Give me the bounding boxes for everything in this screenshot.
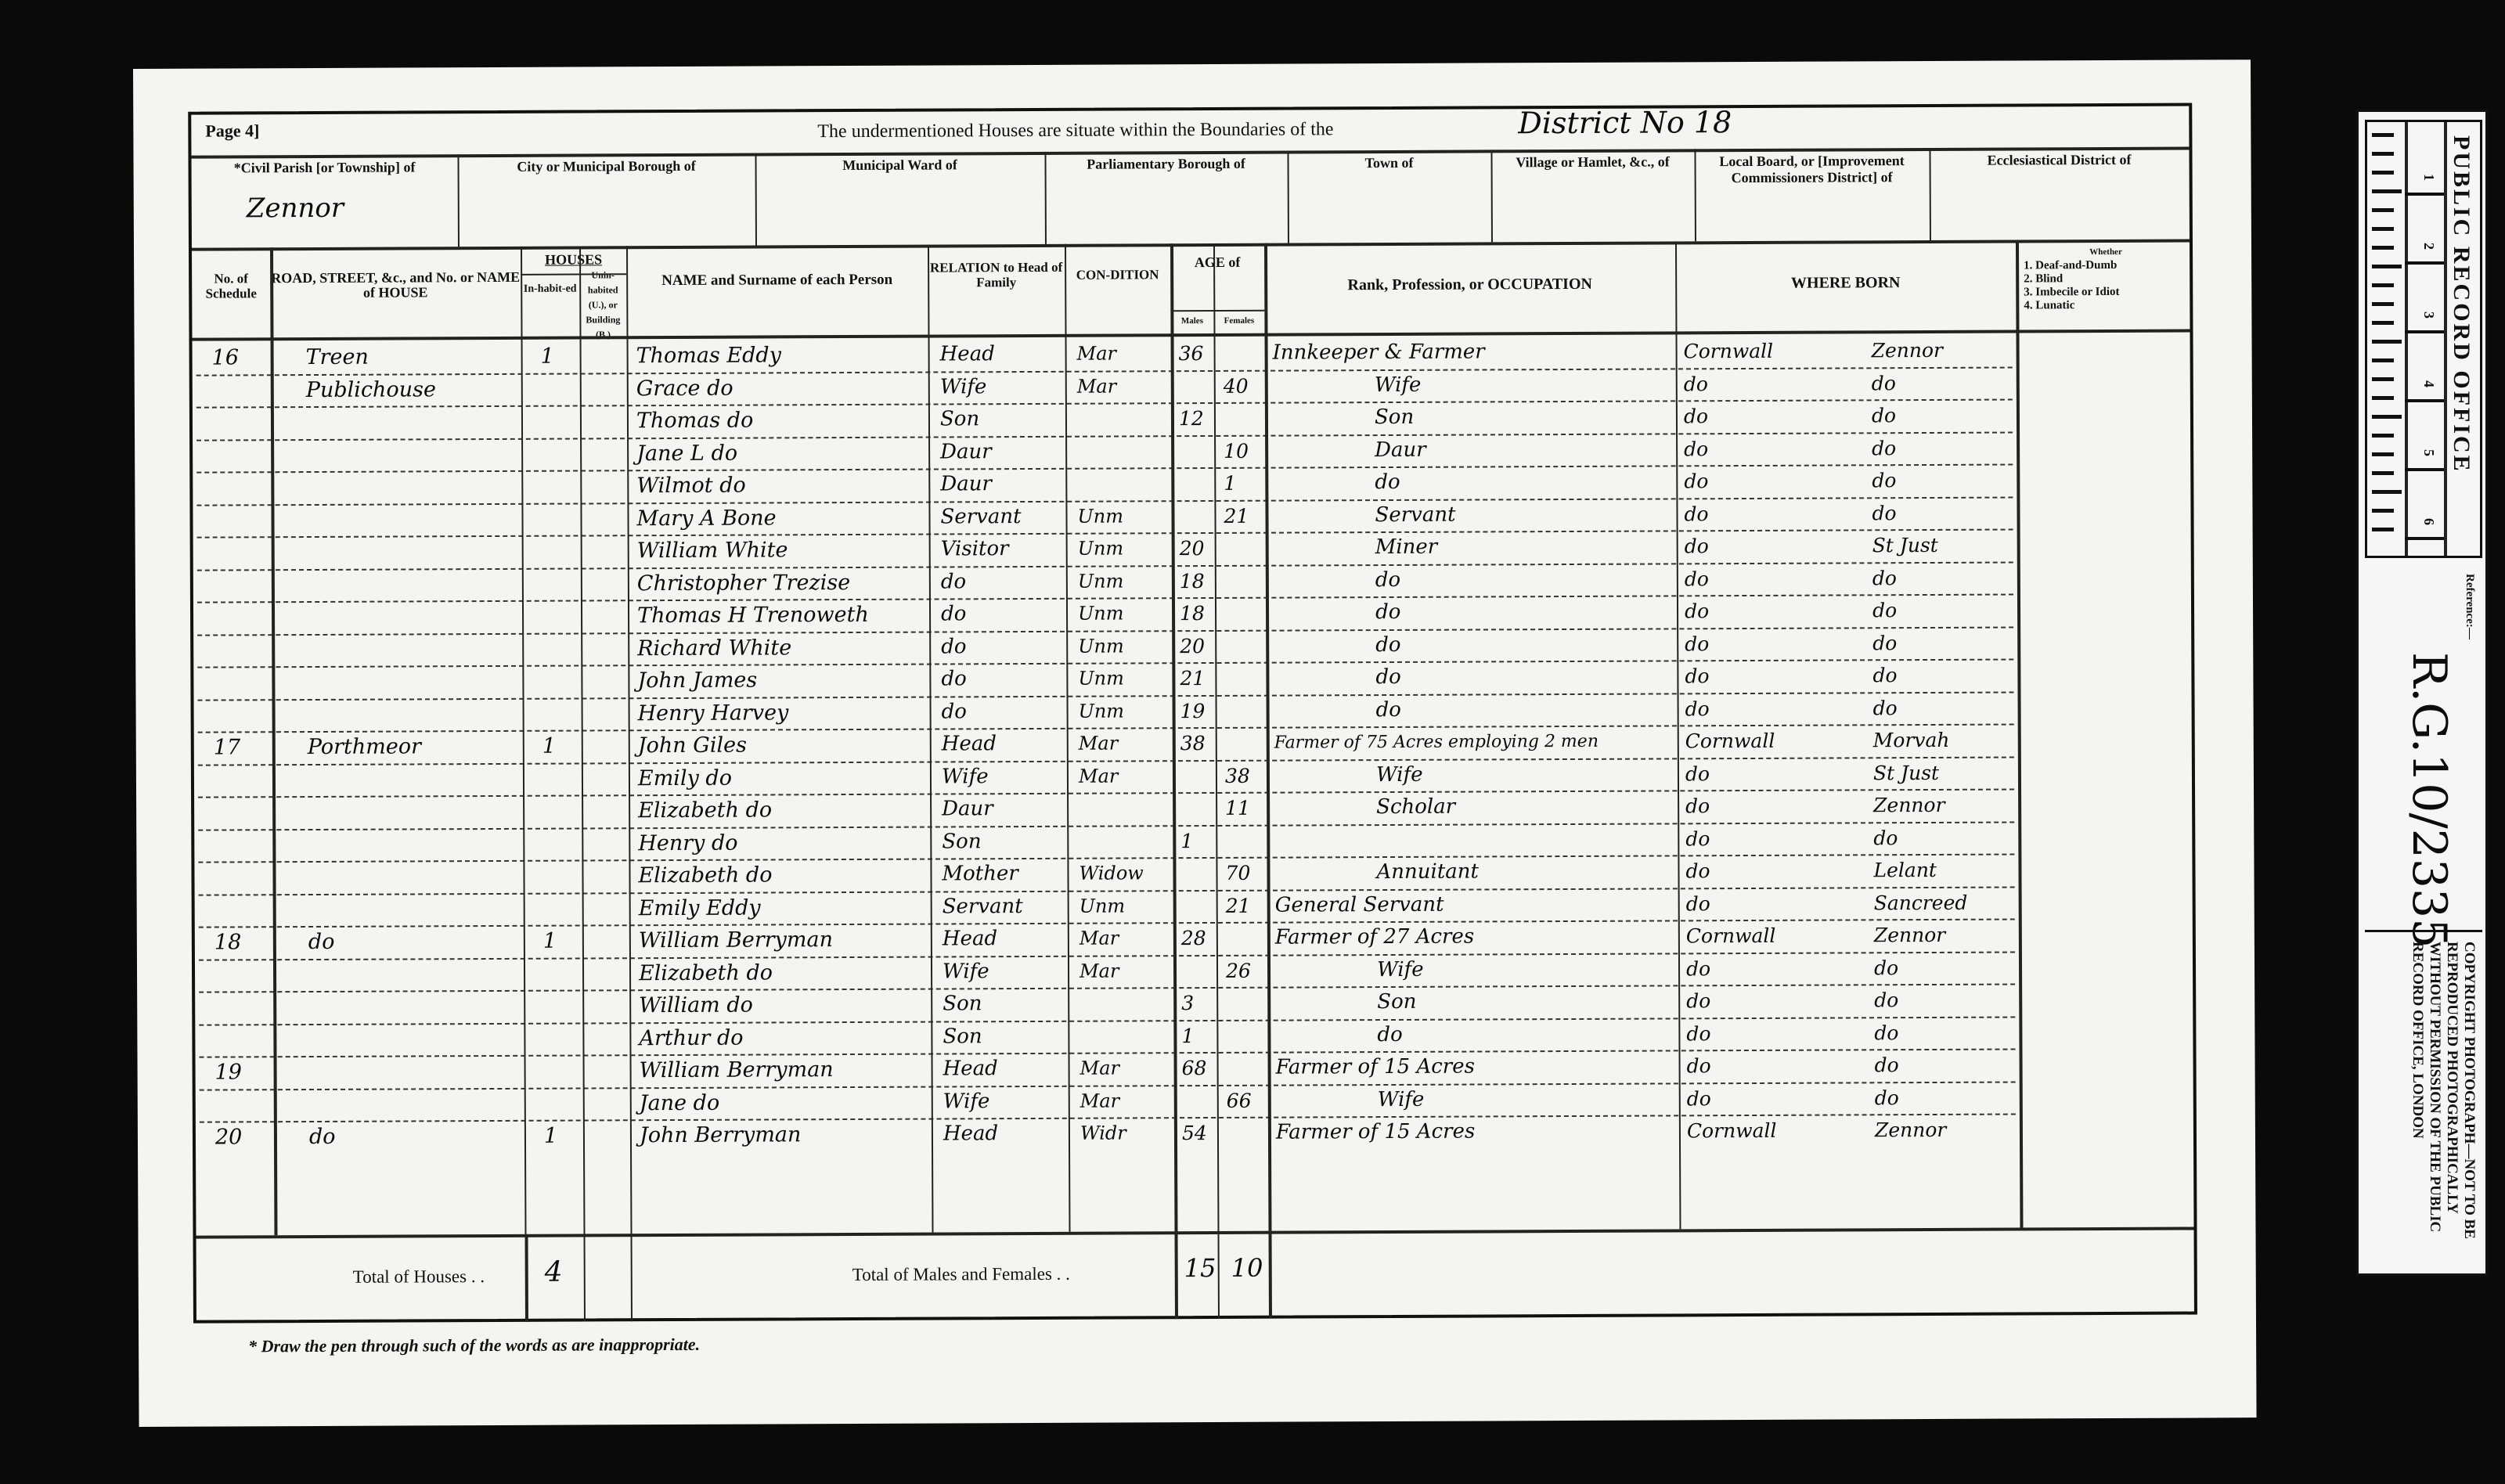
cell-females: 21: [1224, 499, 1249, 531]
cell-occ: do: [1375, 596, 1400, 629]
cell-born: Cornwall: [1687, 1115, 1777, 1147]
cell-occ: do: [1375, 466, 1400, 499]
cell-rel: Daur: [942, 793, 993, 825]
cell-females: 66: [1227, 1084, 1252, 1116]
cell-born-parish: do: [1872, 562, 1897, 594]
cell-name: Mary A Bone: [636, 502, 776, 535]
cell-occ: Farmer of 15 Acres: [1276, 1116, 1476, 1149]
cell-born: do: [1685, 660, 1709, 692]
cell-females: 38: [1225, 759, 1250, 791]
cell-rel: Son: [940, 403, 979, 435]
totals-divider: [525, 1234, 528, 1322]
cell-cond: Mar: [1079, 760, 1119, 792]
cell-born: do: [1685, 855, 1710, 887]
cell-cond: Mar: [1079, 728, 1119, 760]
cell-rel: Daur: [940, 468, 992, 500]
cell-cond: Unm: [1079, 890, 1126, 922]
cell-occ: Wife: [1375, 369, 1422, 401]
column-header-schedule: No. of Schedule: [192, 271, 270, 301]
reference-number: R.G.10/2335: [2402, 652, 2456, 948]
cell-born-parish: do: [1874, 1017, 1898, 1049]
cell-occ: Wife: [1377, 953, 1424, 985]
cell-rel: Wife: [942, 761, 989, 793]
cell-inh: 1: [543, 925, 557, 957]
location-field-label: Ecclesiastical District of: [1929, 152, 2189, 169]
ruler-box-line: [2405, 330, 2444, 333]
cell-born-parish: St Just: [1872, 529, 1938, 561]
cell-rel: Son: [943, 988, 982, 1020]
cell-occ: Miner: [1375, 531, 1438, 564]
cell-cond: Unm: [1078, 565, 1124, 597]
ruler-tick: [2372, 283, 2394, 287]
cell-rel: Servant: [940, 501, 1021, 533]
totals-divider: [1174, 1231, 1177, 1319]
ruler-tick: [2372, 471, 2394, 475]
ruler-number: 1: [2420, 174, 2437, 181]
totals-divider: [1217, 1231, 1219, 1319]
cell-females: 70: [1225, 857, 1250, 889]
totals-divider: [1268, 1231, 1271, 1319]
column-header-uninh: Unin-habited (U.), or Building (B.): [579, 268, 626, 342]
cell-born: do: [1684, 498, 1708, 530]
cell-schedule: 16: [212, 341, 240, 373]
cell-cond: Unm: [1078, 630, 1124, 662]
cell-males: 28: [1181, 922, 1206, 954]
cell-males: 68: [1181, 1052, 1206, 1084]
ruler-tick: [2372, 246, 2394, 250]
cell-cond: Unm: [1078, 532, 1124, 564]
cell-rel: do: [942, 696, 967, 728]
ruler-tick: [2372, 358, 2394, 362]
footnote: * Draw the pen through such of the words…: [248, 1335, 700, 1357]
cell-name: Elizabeth do: [638, 859, 772, 891]
column-header-age: AGE of: [1170, 255, 1264, 271]
cell-females: 10: [1224, 434, 1249, 466]
cell-occ: General Servant: [1275, 888, 1444, 921]
ruler-tick: [2372, 452, 2394, 456]
cell-name: Emily Eddy: [639, 891, 761, 924]
cell-cond: Unm: [1077, 500, 1123, 532]
census-form: Page 4] The undermentioned Houses are si…: [188, 103, 2197, 1324]
cell-born-parish: do: [1872, 659, 1897, 691]
cell-name: Wilmot do: [636, 470, 746, 502]
total-males-value: 15: [1184, 1253, 1216, 1283]
cell-born-parish: do: [1875, 1082, 1899, 1114]
cell-occ: do: [1375, 661, 1400, 693]
ruler-number: 6: [2420, 518, 2437, 525]
cell-name: Christopher Trezise: [637, 567, 850, 600]
cell-rel: do: [941, 631, 966, 663]
ruler-tick: [2372, 415, 2402, 419]
cell-born-parish: Zennor: [1873, 789, 1945, 821]
cell-road: Publichouse: [306, 373, 436, 406]
cell-born-parish: do: [1872, 464, 1896, 496]
cell-name: Richard White: [637, 632, 791, 665]
ruler-number: 4: [2420, 380, 2437, 387]
cell-born: do: [1687, 1082, 1711, 1115]
cell-occ: do: [1377, 1018, 1402, 1050]
cell-road: Porthmeor: [308, 730, 421, 763]
column-header-females: Females: [1213, 314, 1264, 329]
cell-schedule: 19: [215, 1056, 243, 1088]
cell-schedule: 18: [214, 926, 242, 958]
location-field-label: Parliamentary Borough of: [1044, 156, 1287, 173]
cell-rel: Visitor: [941, 533, 1009, 565]
cell-name: Henry Harvey: [638, 697, 789, 729]
page-label: Page 4]: [205, 121, 259, 141]
cell-rel: Mother: [942, 858, 1018, 890]
cell-occ: Farmer of 15 Acres: [1275, 1051, 1475, 1084]
cell-males: 36: [1179, 337, 1204, 369]
cell-males: 12: [1179, 402, 1204, 434]
cell-name: Thomas H Trenoweth: [637, 599, 869, 632]
ruler-tick: [2372, 227, 2394, 231]
cell-cond: Widow: [1079, 857, 1143, 889]
cell-rel: Son: [942, 826, 981, 858]
cell-rel: do: [941, 566, 966, 598]
ruler-tick: [2372, 171, 2394, 175]
cell-born: do: [1685, 693, 1709, 725]
total-houses-value: 4: [545, 1256, 563, 1288]
cell-born-parish: do: [1874, 984, 1898, 1016]
cell-born: do: [1684, 433, 1708, 465]
cell-cond: Unm: [1078, 597, 1124, 629]
cell-occ: Scholar: [1376, 791, 1455, 823]
cell-males: 20: [1180, 630, 1205, 662]
cell-born-parish: Sancreed: [1874, 886, 1968, 919]
cell-males: 1: [1180, 825, 1193, 857]
column-header-houses: HOUSES: [521, 252, 626, 268]
cell-born-parish: do: [1874, 952, 1898, 984]
ruler-box-line: [2405, 193, 2444, 196]
cell-rel: Head: [940, 338, 995, 370]
cell-born-parish: do: [1873, 822, 1898, 854]
cell-occ: Son: [1375, 402, 1414, 434]
cell-born-parish: Zennor: [1874, 919, 1946, 951]
cell-born-parish: Morvah: [1873, 724, 1950, 756]
cell-name: William do: [639, 989, 753, 1022]
ruler-number: 2: [2420, 243, 2437, 250]
ruler-box-line: [2405, 261, 2444, 265]
cell-occ: Farmer of 75 Acres employing 2 men: [1274, 726, 1599, 759]
cell-occ: Annuitant: [1376, 856, 1479, 889]
cell-schedule: 17: [214, 731, 241, 763]
cell-name: John James: [637, 665, 757, 697]
archive-strip: 123456 PUBLIC RECORD OFFICE Reference:— …: [2356, 110, 2488, 1276]
ruler-number: 3: [2420, 312, 2437, 319]
cell-males: 54: [1182, 1117, 1207, 1149]
location-field-label: City or Municipal Borough of: [458, 158, 755, 176]
cell-born-parish: Zennor: [1875, 1114, 1947, 1146]
cell-name: Emily do: [638, 762, 732, 794]
cell-rel: Head: [943, 1118, 998, 1150]
cell-rel: Wife: [940, 371, 987, 403]
cell-name: Henry do: [638, 827, 737, 859]
cell-occ: Innkeeper & Farmer: [1273, 336, 1485, 369]
cell-born-parish: do: [1872, 594, 1897, 626]
cell-born: do: [1684, 400, 1708, 432]
cell-born-parish: Lelant: [1873, 854, 1937, 886]
totals-divider: [584, 1234, 586, 1321]
cell-males: 18: [1180, 597, 1205, 629]
cell-occ: Servant: [1375, 499, 1455, 531]
ruler-tick: [2372, 133, 2394, 137]
cell-born-parish: do: [1874, 1049, 1898, 1081]
cell-name: Elizabeth do: [639, 956, 773, 989]
cell-born-parish: St Just: [1873, 756, 1939, 788]
cell-females: 1: [1224, 467, 1236, 499]
cell-name: Thomas do: [636, 405, 754, 438]
census-rows: 16Treen1Thomas EddyHeadMar36Innkeeper & …: [191, 106, 2189, 115]
location-field-label: Village or Hamlet, &c., of: [1490, 153, 1694, 171]
cell-born-parish: do: [1872, 692, 1897, 724]
cell-males: 19: [1180, 695, 1206, 727]
cell-born-parish: do: [1872, 399, 1896, 431]
cell-road: do: [309, 1121, 336, 1153]
copyright-notice: COPYRIGHT PHOTOGRAPH—NOT TO BE REPRODUCE…: [2409, 942, 2478, 1270]
ruler-tick: [2372, 208, 2394, 212]
cell-born: do: [1686, 1050, 1710, 1082]
census-sheet: Page 4] The undermentioned Houses are si…: [133, 59, 2257, 1427]
column-header-cond: CON-DITION: [1065, 267, 1170, 283]
cell-males: 20: [1180, 532, 1205, 564]
total-persons-label: Total of Males and Females . .: [852, 1264, 1070, 1285]
column-headers: No. of ScheduleROAD, STREET, &c., and No…: [191, 106, 2189, 115]
location-field-value: Zennor: [247, 193, 344, 225]
cell-cond: Mar: [1077, 370, 1117, 402]
column-header-rel: RELATION to Head of Family: [928, 260, 1065, 290]
cell-name: Jane do: [640, 1086, 720, 1118]
cell-born: Cornwall: [1684, 335, 1774, 367]
ruler-tick: [2372, 490, 2402, 494]
reference-label: Reference:—: [2463, 574, 2476, 639]
cell-born: do: [1685, 530, 1709, 562]
total-females-value: 10: [1231, 1253, 1263, 1283]
boundaries-value: District No 18: [1518, 105, 1732, 140]
cell-rel: do: [941, 598, 966, 630]
cell-born: do: [1684, 465, 1708, 497]
column-header-whether: Whether1. Deaf-and-Dumb2. Blind3. Imbeci…: [2024, 246, 2188, 313]
cell-inh: 1: [544, 1120, 557, 1152]
cell-cond: Mar: [1079, 955, 1119, 987]
total-houses-label: Total of Houses . .: [353, 1266, 485, 1288]
location-field-label: Local Board, or [Improvement Commissione…: [1694, 153, 1929, 186]
cell-name: William Berryman: [639, 924, 833, 956]
cell-cond: Mar: [1079, 923, 1119, 955]
ruler-tick: [2372, 377, 2394, 381]
ruler-tick: [2372, 189, 2402, 193]
column-header-males: Males: [1170, 314, 1213, 329]
cell-occ: do: [1375, 693, 1400, 726]
ruler-box-line: [2405, 468, 2444, 471]
ruler-number: 5: [2420, 449, 2437, 456]
archive-header: PUBLIC RECORD OFFICE: [2448, 135, 2474, 474]
cell-born-parish: do: [1872, 432, 1896, 464]
cell-inh: 1: [542, 730, 556, 762]
cell-born: do: [1685, 823, 1710, 855]
cell-rel: do: [941, 663, 966, 695]
ruler-tick: [2372, 528, 2394, 531]
cell-born: do: [1686, 888, 1710, 920]
cell-cond: Mar: [1077, 338, 1117, 370]
cell-females: 21: [1226, 889, 1251, 921]
cell-occ: Son: [1377, 986, 1416, 1018]
cell-females: 40: [1224, 369, 1249, 402]
ruler-tick: [2372, 152, 2394, 156]
cell-name: Elizabeth do: [638, 794, 772, 827]
cell-born-parish: do: [1872, 497, 1896, 529]
cell-cond: Mar: [1079, 1053, 1119, 1085]
column-header-born: WHERE BORN: [1675, 276, 2016, 292]
cell-rel: Head: [942, 728, 997, 760]
cell-occ: do: [1375, 629, 1400, 661]
cell-name: Arthur do: [639, 1021, 743, 1054]
cell-name: John Berryman: [640, 1118, 802, 1151]
column-header-name: NAME and Surname of each Person: [626, 272, 928, 289]
cell-born-parish: do: [1872, 627, 1897, 659]
cell-born: do: [1686, 985, 1710, 1017]
column-header-road: ROAD, STREET, &c., and No. or NAME of HO…: [270, 270, 521, 301]
cell-born: do: [1685, 790, 1710, 822]
location-field-label: *Civil Parish [or Township] of: [192, 159, 458, 176]
cell-rel: Head: [943, 1053, 997, 1085]
cell-females: 11: [1225, 792, 1250, 824]
cell-rel: Head: [943, 923, 997, 955]
cell-males: 21: [1180, 662, 1205, 694]
ruler-divider: [2405, 122, 2408, 556]
cell-born: do: [1686, 953, 1710, 985]
cell-schedule: 20: [215, 1121, 243, 1153]
cell-cond: Widr: [1080, 1117, 1126, 1149]
cell-occ: Wife: [1378, 1083, 1425, 1115]
cell-cond: Unm: [1079, 695, 1125, 727]
ruler-divider: [2444, 122, 2447, 556]
cell-born: Cornwall: [1686, 920, 1776, 952]
ruler-box-line: [2405, 399, 2444, 402]
cell-males: 3: [1181, 987, 1194, 1019]
cell-name: Grace do: [636, 372, 733, 405]
cell-rel: Servant: [943, 891, 1023, 923]
cell-born: do: [1684, 368, 1708, 400]
ruler-tick: [2372, 434, 2394, 438]
cell-males: 38: [1180, 727, 1206, 759]
cell-name: John Giles: [638, 729, 747, 762]
ruler-tick: [2372, 509, 2394, 513]
cell-rel: Wife: [943, 956, 989, 988]
cell-born: do: [1685, 595, 1709, 627]
cell-name: Thomas Eddy: [636, 339, 782, 372]
ruler-box-line: [2405, 537, 2444, 540]
ruler-tick: [2372, 321, 2394, 325]
column-header-inh: In-habit-ed: [521, 282, 579, 297]
cell-rel: Son: [943, 1021, 982, 1053]
cell-road: Treen: [306, 341, 369, 373]
cell-occ: do: [1375, 564, 1400, 596]
location-row: *Civil Parish [or Township] ofZennorCity…: [191, 106, 2189, 115]
cell-males: 1: [1181, 1020, 1194, 1052]
location-field-label: Town of: [1287, 154, 1490, 171]
cell-occ: Wife: [1376, 758, 1423, 791]
cell-occ: Daur: [1375, 434, 1426, 466]
cell-rel: Wife: [943, 1086, 990, 1118]
cell-born: do: [1685, 563, 1709, 595]
boundaries-text: The undermentioned Houses are situate wi…: [817, 119, 1333, 142]
divider: [1170, 310, 1264, 312]
ruler-tick: [2372, 302, 2394, 306]
ruler-tick: [2372, 396, 2394, 400]
column-header-occ: Rank, Profession, or OCCUPATION: [1264, 276, 1675, 293]
ruler-tick: [2372, 340, 2402, 344]
cell-rel: Daur: [940, 436, 992, 468]
location-field-label: Municipal Ward of: [755, 157, 1045, 175]
cell-name: William Berryman: [640, 1054, 834, 1086]
cell-males: 18: [1180, 565, 1205, 597]
cell-born-parish: do: [1872, 367, 1896, 399]
cell-inh: 1: [541, 340, 554, 373]
cell-females: 26: [1226, 954, 1251, 986]
cell-born: do: [1685, 758, 1710, 790]
cell-born-parish: Zennor: [1872, 334, 1944, 366]
cell-born: do: [1685, 628, 1709, 660]
cell-occ: Farmer of 27 Acres: [1275, 921, 1475, 954]
cell-born: do: [1686, 1018, 1710, 1050]
cell-born: Cornwall: [1685, 725, 1775, 757]
cell-cond: Unm: [1078, 662, 1124, 694]
cell-name: William White: [637, 534, 788, 567]
cell-name: Jane L do: [636, 437, 737, 470]
cell-cond: Mar: [1080, 1085, 1120, 1117]
cell-road: do: [308, 926, 335, 958]
ruler-tick: [2372, 265, 2402, 268]
totals-divider: [630, 1234, 632, 1321]
